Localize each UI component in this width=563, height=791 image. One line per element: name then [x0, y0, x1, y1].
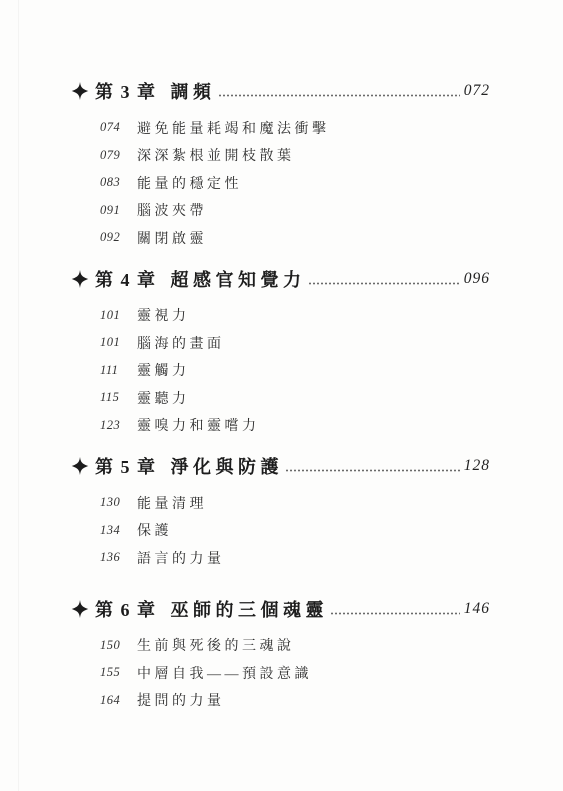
- toc-item: 079 深深紮根並開枝散葉: [100, 142, 490, 170]
- item-page-number: 074: [100, 120, 126, 135]
- chapter-section: 第 3 章 調頻 072 074 避免能量耗竭和魔法衝擊 079 深深紮根並開枝…: [70, 78, 490, 252]
- item-title: 中層自我——預設意識: [137, 663, 312, 683]
- item-page-number: 130: [100, 495, 126, 510]
- toc-item: 101 腦海的畫面: [100, 329, 490, 357]
- item-title: 保護: [137, 520, 172, 540]
- chapter-title: 巫師的三個魂靈: [171, 596, 329, 622]
- item-page-number: 101: [100, 335, 126, 350]
- chapter-heading: 第 3 章 調頻 072: [70, 78, 490, 104]
- item-page-number: 155: [100, 665, 126, 680]
- dot-leader: [218, 94, 460, 97]
- chapter-heading: 第 4 章 超感官知覺力 096: [70, 266, 490, 292]
- scanned-book-page: 第 3 章 調頻 072 074 避免能量耗竭和魔法衝擊 079 深深紮根並開枝…: [0, 0, 563, 791]
- item-title: 提問的力量: [137, 690, 225, 710]
- chapter-title: 超感官知覺力: [171, 266, 306, 292]
- chapter-heading: 第 5 章 淨化與防護 128: [70, 453, 490, 479]
- item-title: 靈視力: [137, 305, 190, 325]
- dot-leader: [285, 469, 460, 472]
- item-page-number: 092: [100, 230, 126, 245]
- item-title: 靈聽力: [137, 388, 190, 408]
- four-pointed-star-icon: [70, 81, 90, 101]
- toc-item: 136 語言的力量: [100, 544, 490, 572]
- chapter-label: 第 4 章: [95, 266, 157, 292]
- toc-item: 150 生前與死後的三魂說: [100, 632, 490, 660]
- four-pointed-star-icon: [70, 269, 90, 289]
- toc-item: 092 關閉啟靈: [100, 224, 490, 252]
- chapter-items: 130 能量清理 134 保護 136 語言的力量: [100, 489, 490, 572]
- chapter-items: 074 避免能量耗竭和魔法衝擊 079 深深紮根並開枝散葉 083 能量的穩定性…: [100, 114, 490, 252]
- toc-item: 130 能量清理: [100, 489, 490, 517]
- toc-item: 155 中層自我——預設意識: [100, 659, 490, 687]
- item-page-number: 164: [100, 693, 126, 708]
- toc-item: 091 腦波夾帶: [100, 197, 490, 225]
- item-title: 靈觸力: [137, 360, 190, 380]
- item-title: 避免能量耗竭和魔法衝擊: [137, 118, 330, 138]
- item-title: 能量清理: [137, 493, 207, 513]
- item-page-number: 150: [100, 638, 126, 653]
- chapter-section: 第 6 章 巫師的三個魂靈 146 150 生前與死後的三魂說 155 中層自我…: [70, 596, 490, 715]
- table-of-contents: 第 3 章 調頻 072 074 避免能量耗竭和魔法衝擊 079 深深紮根並開枝…: [0, 0, 563, 714]
- item-title: 能量的穩定性: [137, 173, 242, 193]
- item-title: 腦波夾帶: [137, 200, 207, 220]
- item-title: 深深紮根並開枝散葉: [137, 145, 295, 165]
- toc-item: 123 靈嗅力和靈嚐力: [100, 412, 490, 440]
- dot-leader: [308, 282, 460, 285]
- chapter-title: 調頻: [171, 78, 216, 104]
- toc-item: 101 靈視力: [100, 302, 490, 330]
- item-title: 腦海的畫面: [137, 333, 225, 353]
- toc-item: 164 提問的力量: [100, 687, 490, 715]
- four-pointed-star-icon: [70, 599, 90, 619]
- item-page-number: 079: [100, 148, 126, 163]
- chapter-title: 淨化與防護: [171, 453, 284, 479]
- item-page-number: 091: [100, 203, 126, 218]
- item-page-number: 111: [100, 363, 126, 378]
- chapter-page-number: 096: [464, 270, 490, 288]
- item-page-number: 115: [100, 390, 126, 405]
- item-page-number: 136: [100, 550, 126, 565]
- toc-item: 111 靈觸力: [100, 357, 490, 385]
- chapter-label: 第 5 章: [95, 453, 157, 479]
- chapter-heading: 第 6 章 巫師的三個魂靈 146: [70, 596, 490, 622]
- chapter-label: 第 6 章: [95, 596, 157, 622]
- chapter-section: 第 5 章 淨化與防護 128 130 能量清理 134 保護 136 語言的力…: [70, 453, 490, 572]
- chapter-label: 第 3 章: [95, 78, 157, 104]
- item-title: 靈嗅力和靈嚐力: [137, 415, 260, 435]
- chapter-section: 第 4 章 超感官知覺力 096 101 靈視力 101 腦海的畫面 111 靈…: [70, 266, 490, 440]
- item-title: 語言的力量: [137, 548, 225, 568]
- item-page-number: 083: [100, 175, 126, 190]
- chapter-page-number: 072: [464, 82, 490, 100]
- item-page-number: 101: [100, 308, 126, 323]
- chapter-items: 101 靈視力 101 腦海的畫面 111 靈觸力 115 靈聽力 123 靈嗅…: [100, 302, 490, 440]
- toc-item: 134 保護: [100, 517, 490, 545]
- item-page-number: 134: [100, 523, 126, 538]
- toc-item: 115 靈聽力: [100, 384, 490, 412]
- item-title: 生前與死後的三魂說: [137, 635, 295, 655]
- four-pointed-star-icon: [70, 456, 90, 476]
- toc-item: 083 能量的穩定性: [100, 169, 490, 197]
- chapter-page-number: 128: [464, 457, 490, 475]
- toc-item: 074 避免能量耗竭和魔法衝擊: [100, 114, 490, 142]
- item-title: 關閉啟靈: [137, 228, 207, 248]
- chapter-page-number: 146: [464, 600, 490, 618]
- dot-leader: [330, 612, 460, 615]
- chapter-items: 150 生前與死後的三魂說 155 中層自我——預設意識 164 提問的力量: [100, 632, 490, 715]
- item-page-number: 123: [100, 418, 126, 433]
